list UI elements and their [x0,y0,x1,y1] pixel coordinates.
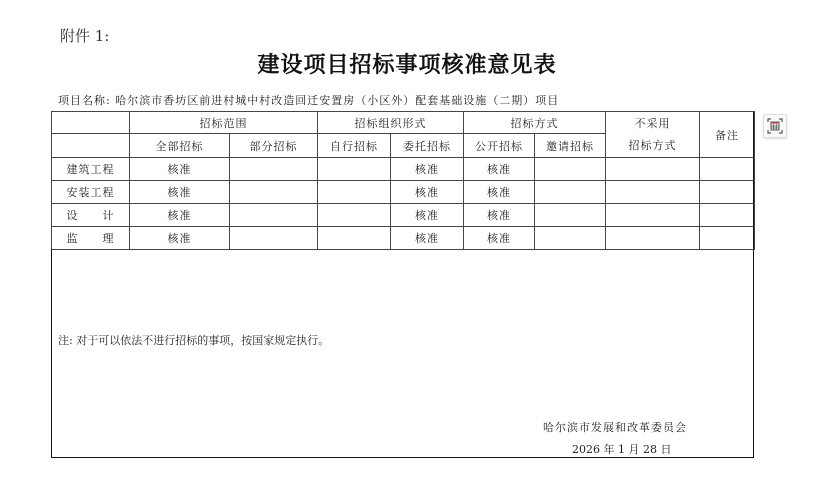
project-name: 哈尔滨市香坊区前进村城中村改造回迁安置房（小区外）配套基础设施（二期）项目 [115,94,559,107]
cell-invited [535,181,606,204]
header-method: 招标方式 [464,112,606,134]
subheader-full: 全部招标 [130,134,230,158]
issuing-organization: 哈尔滨市发展和改革委员会 [543,419,687,435]
cell-self [318,181,391,204]
cell-entrusted: 核准 [391,181,464,204]
row-item: 设 计 [52,204,130,227]
cell-entrusted: 核准 [391,204,464,227]
cell-self [318,158,391,181]
cell-self [318,204,391,227]
title-text: 建设项目招标事项核准意见表 [257,48,556,79]
cell-remarks [700,181,755,204]
corner-cell-2 [52,134,130,158]
header-row-1: 招标范围 招标组织形式 招标方式 不采用 招标方式 备注 [52,112,755,134]
footnote: 注: 对于可以依法不进行招标的事项，按国家规定执行。 [58,332,329,348]
issue-date: 2026 年 1 月 28 日 [572,441,671,457]
cell-public: 核准 [464,158,535,181]
subheader-entrusted: 委托招标 [391,134,464,158]
cell-partial [230,181,318,204]
table-row: 安装工程 核准 核准 核准 [52,181,755,204]
cell-remarks [700,227,755,250]
project-label: 项目名称: [58,94,111,107]
table-row: 监 理 核准 核准 核准 [52,227,755,250]
subheader-public: 公开招标 [464,134,535,158]
header-scope: 招标范围 [130,112,318,134]
not-adopted-line1: 不采用 [606,113,699,135]
cell-public: 核准 [464,181,535,204]
project-name-line: 项目名称: 哈尔滨市香坊区前进村城中村改造回迁安置房（小区外）配套基础设施（二期… [58,92,559,108]
subheader-self: 自行招标 [318,134,391,158]
cell-partial [230,204,318,227]
row-item: 安装工程 [52,181,130,204]
cell-public: 核准 [464,204,535,227]
row-item: 建筑工程 [52,158,130,181]
cell-remarks [700,204,755,227]
header-not-adopted: 不采用 招标方式 [606,112,700,158]
cell-self [318,227,391,250]
table-row: 设 计 核准 核准 核准 [52,204,755,227]
approval-table: 招标范围 招标组织形式 招标方式 不采用 招标方式 备注 全部招标 部分招标 自… [51,111,755,250]
cell-not-adopted [606,204,700,227]
header-organization: 招标组织形式 [318,112,464,134]
table-row: 建筑工程 核准 核准 核准 [52,158,755,181]
cell-full: 核准 [130,158,230,181]
document-title: 建设项目招标事项核准意见表 [0,48,814,79]
corner-cell [52,112,130,134]
subheader-partial: 部分招标 [230,134,318,158]
cell-partial [230,158,318,181]
cell-partial [230,227,318,250]
row-item: 监 理 [52,227,130,250]
cell-not-adopted [606,181,700,204]
cell-invited [535,158,606,181]
header-remarks: 备注 [700,112,755,158]
cell-full: 核准 [130,181,230,204]
subheader-invited: 邀请招标 [535,134,606,158]
table-extract-icon [767,118,783,134]
cell-not-adopted [606,158,700,181]
cell-remarks [700,158,755,181]
not-adopted-line2: 招标方式 [606,135,699,157]
table-extract-button[interactable] [763,114,787,138]
cell-entrusted: 核准 [391,227,464,250]
cell-public: 核准 [464,227,535,250]
cell-not-adopted [606,227,700,250]
attachment-label: 附件 1: [60,25,109,46]
cell-full: 核准 [130,204,230,227]
cell-full: 核准 [130,227,230,250]
cell-entrusted: 核准 [391,158,464,181]
cell-invited [535,227,606,250]
cell-invited [535,204,606,227]
